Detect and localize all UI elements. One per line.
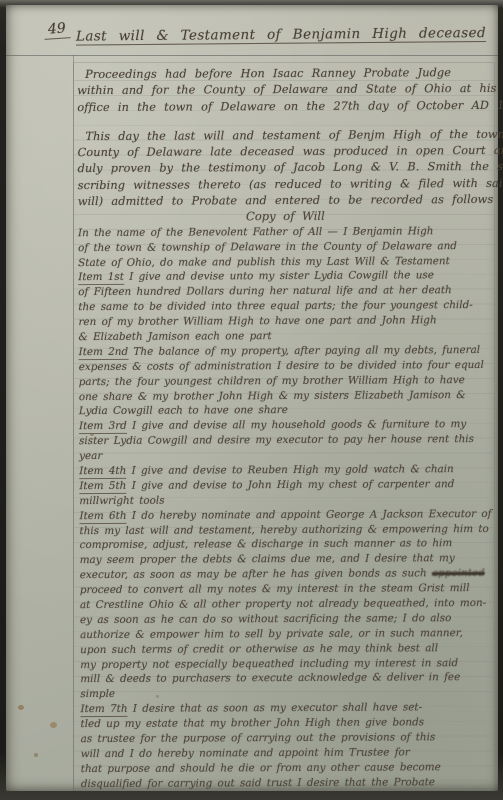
foxing-spot (90, 433, 94, 436)
will-text-line: upon such terms of credit or otherwise a… (80, 641, 495, 658)
foxing-spot (156, 695, 159, 698)
page-number: 49 (43, 20, 70, 40)
probate-paragraph: This day the last will and testament of … (77, 127, 492, 211)
document-title: Last will & Testament of Benjamin High d… (76, 25, 436, 44)
handwritten-text-block: Proceedings had before Hon Isaac Ranney … (77, 65, 496, 792)
foxing-spot (50, 722, 57, 728)
foxing-spot (34, 753, 38, 757)
will-text: In the name of the Benevolent Father of … (78, 224, 495, 569)
will-text-line: ren of my brother William High to have o… (78, 313, 493, 330)
will-text-line: parts; the four youngest children of my … (79, 373, 494, 390)
will-text-line: mill & deeds to purchasers to execute ac… (80, 670, 495, 687)
proceedings-paragraph: Proceedings had before Hon Isaac Ranney … (77, 65, 492, 116)
will-text-continued: proceed to convert all my notes & my int… (80, 581, 496, 792)
will-text-line: Item 6th I do hereby nominate and appoin… (79, 507, 494, 524)
will-text-line: disqualified for carrying out said trust… (81, 775, 496, 792)
will-text-line: expenses & costs of administration I des… (79, 358, 494, 375)
foxing-spot (18, 705, 24, 710)
photograph-of-record-book-page: 49 Last will & Testament of Benjamin Hig… (0, 0, 503, 800)
strike-line-text: executor, as soon as may be after he has… (80, 567, 432, 581)
will-text-line: In the name of the Benevolent Father of … (78, 224, 493, 241)
will-text-line: one share & my brother John High & my si… (79, 387, 494, 404)
will-text-line: sister Lydia Cowgill and desire my execu… (79, 432, 494, 449)
will-text-line: as trustee for the purpose of carrying o… (81, 730, 496, 747)
record-book-page: 49 Last will & Testament of Benjamin Hig… (6, 5, 498, 791)
will-text-line: Item 5th I give and devise to John High … (79, 477, 494, 494)
text-line: office in the town of Delaware on the 27… (77, 98, 492, 116)
text-line: within and for the County of Delaware an… (77, 81, 492, 99)
will-text-line: of the town & township of Delaware in th… (78, 239, 493, 256)
text-line: will) admitted to Probate and entered to… (78, 192, 493, 210)
text-line: duly proven by the testimony of Jacob Lo… (78, 159, 493, 177)
struck-out-word: appointed (432, 567, 485, 579)
header-rule-line (6, 55, 498, 56)
